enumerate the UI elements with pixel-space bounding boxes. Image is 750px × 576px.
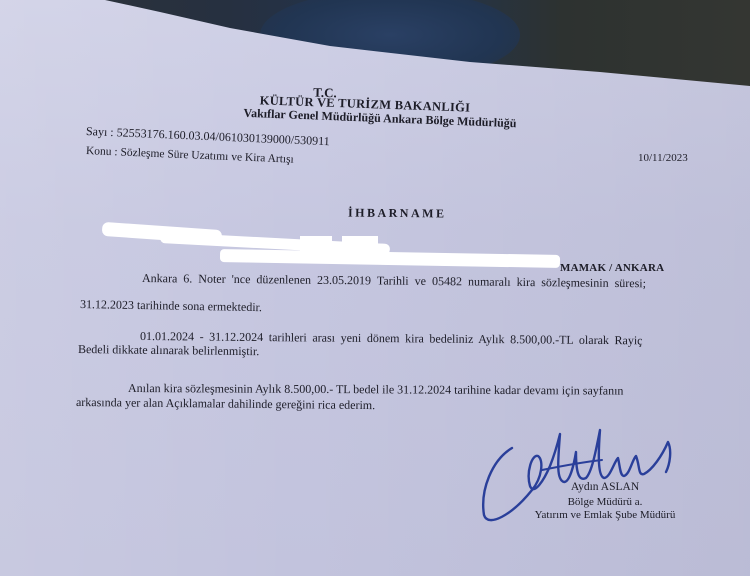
subject-line: Konu : Sözleşme Süre Uzatımı ve Kira Art… (86, 145, 294, 166)
reference-number: Sayı : 52553176.160.03.04/061030139000/5… (86, 124, 330, 149)
notice-document: T.C. KÜLTÜR VE TURİZM BAKANLIĞI Vakıflar… (0, 0, 750, 576)
paragraph-1-line-2: 31.12.2023 tarihinde sona ermektedir. (80, 297, 262, 315)
signatory-department: Yatırım ve Emlak Şube Müdürü (495, 509, 715, 521)
recipient-city: MAMAK / ANKARA (560, 262, 664, 274)
paragraph-1-line-1: Ankara 6. Noter 'nce düzenlenen 23.05.20… (142, 271, 646, 291)
signatory-role: Bölge Müdürü a. (515, 496, 695, 508)
document-title: İHBARNAME (348, 206, 447, 222)
signatory-name: Aydın ASLAN (515, 481, 695, 493)
paragraph-3-line-2: arkasında yer alan Açıklamalar dahilinde… (76, 395, 375, 413)
redaction-mark (220, 249, 560, 268)
redaction-mark (342, 236, 378, 250)
document-date: 10/11/2023 (638, 152, 688, 164)
paragraph-2-line-2: Bedeli dikkate alınarak belirlenmiştir. (78, 342, 259, 359)
